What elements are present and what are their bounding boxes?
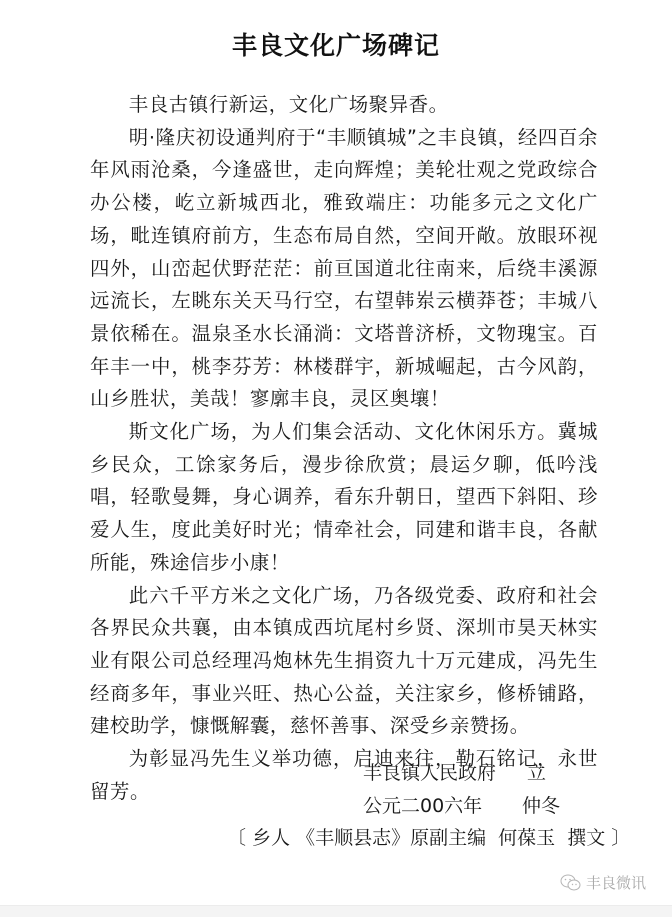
watermark: 丰良微讯 <box>560 872 646 893</box>
signature-organization: 丰良镇人民政府 <box>363 758 496 785</box>
document-body: 丰良古镇行新运，文化广场聚异香。 明·隆庆初设通判府于“丰顺镇城”之丰良镇，经四… <box>90 89 598 808</box>
signature-date: 公元二00六年 <box>363 791 482 818</box>
document-title: 丰良文化广场碑记 <box>0 26 672 62</box>
paragraph-2: 明·隆庆初设通判府于“丰顺镇城”之丰良镇，经四百余年风雨沧桑，今逢盛世，走向辉煌… <box>90 122 598 416</box>
paragraph-3: 斯文化广场，为人们集会活动、文化休闲乐方。冀城乡民众，工馀家务后，漫步徐欣赏；晨… <box>90 416 598 580</box>
document-page: 丰良文化广场碑记 丰良古镇行新运，文化广场聚异香。 明·隆庆初设通判府于“丰顺镇… <box>0 0 672 905</box>
signature-date-suffix: 仲冬 <box>522 791 560 818</box>
wechat-icon <box>560 873 582 893</box>
paragraph-4: 此六千平方米之文化广场，乃各级党委、政府和社会各界民众共襄，由本镇成西坑尾村乡贤… <box>90 580 598 744</box>
signature-organization-suffix: 立 <box>527 758 546 785</box>
watermark-label: 丰良微讯 <box>586 872 646 893</box>
author-credit: 〔 乡人 《丰顺县志》原副主编 何葆玉 撰文 〕 <box>227 823 630 850</box>
paragraph-1: 丰良古镇行新运，文化广场聚异香。 <box>90 89 598 122</box>
bottom-strip <box>0 905 672 917</box>
